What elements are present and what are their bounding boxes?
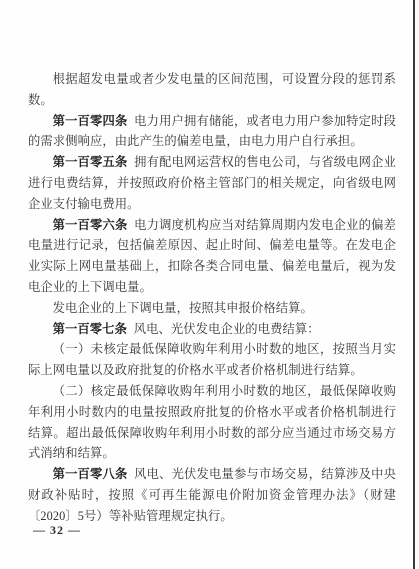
- page-number: — 32 —: [33, 523, 81, 538]
- document-body: 根据超发电量或者少发电量的区间范围，可设置分段的惩罚系数。 第一百零四条电力用户…: [28, 69, 396, 527]
- article-number: 第一百零七条: [53, 322, 127, 336]
- paragraph-text: （二）核定最低保障收购年利用小时数的地区，最低保障收购年利用小时数内的电量按照政…: [28, 384, 396, 460]
- article-number: 第一百零六条: [53, 218, 128, 232]
- page-edge-line: [413, 0, 415, 569]
- paragraph-text: 风电、光伏发电企业的电费结算：: [134, 322, 320, 336]
- paragraph: 第一百零五条拥有配电网运营权的售电公司，与省级电网企业进行电费结算，并按照政府价…: [28, 152, 396, 214]
- paragraph: 根据超发电量或者少发电量的区间范围，可设置分段的惩罚系数。: [28, 69, 396, 111]
- paragraph: （一）未核定最低保障收购年利用小时数的地区，按照当月实际上网电量以及政府批复的价…: [28, 339, 396, 381]
- paragraph: 第一百零八条风电、光伏发电量参与市场交易，结算涉及中央财政补贴时，按照《可再生能…: [28, 464, 396, 526]
- paragraph-text: 发电企业的上下调电量，按照其申报价格结算。: [53, 301, 313, 315]
- article-number: 第一百零五条: [53, 155, 128, 169]
- paragraph-text: （一）未核定最低保障收购年利用小时数的地区，按照当月实际上网电量以及政府批复的价…: [28, 342, 396, 377]
- paragraph-text: 根据超发电量或者少发电量的区间范围，可设置分段的惩罚系数。: [28, 72, 396, 107]
- article-number: 第一百零八条: [53, 467, 128, 481]
- paragraph: 发电企业的上下调电量，按照其申报价格结算。: [28, 298, 396, 319]
- article-number: 第一百零四条: [53, 114, 128, 128]
- paragraph: （二）核定最低保障收购年利用小时数的地区，最低保障收购年利用小时数内的电量按照政…: [28, 381, 396, 464]
- paragraph: 第一百零七条风电、光伏发电企业的电费结算：: [28, 319, 396, 340]
- paragraph: 第一百零四条电力用户拥有储能，或者电力用户参加特定时段的需求侧响应，由此产生的偏…: [28, 111, 396, 153]
- paragraph: 第一百零六条电力调度机构应当对结算周期内发电企业的偏差电量进行记录，包括偏差原因…: [28, 215, 396, 298]
- document-page: 根据超发电量或者少发电量的区间范围，可设置分段的惩罚系数。 第一百零四条电力用户…: [0, 0, 419, 569]
